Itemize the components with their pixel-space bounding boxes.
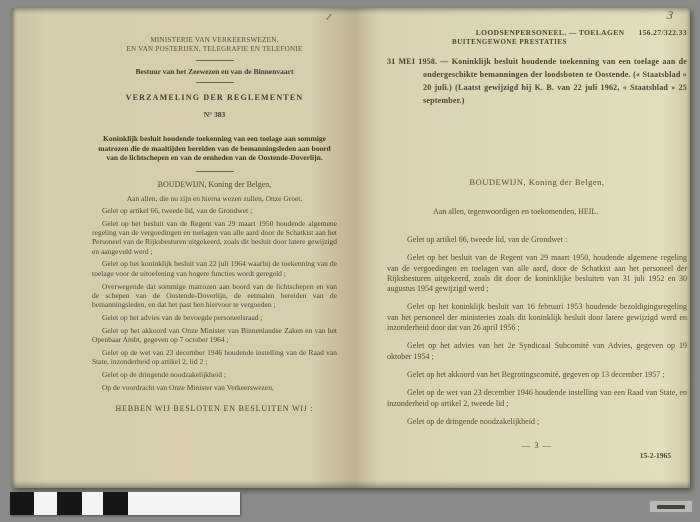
decree-paragraph: Gelet op het advies van het 2e Syndicaal… [387,341,687,362]
photo-background: 1 3 MINISTERIE VAN VERKEERSWEZEN, EN VAN… [0,0,700,522]
royal-greeting: Aan allen, die nu zijn en hierna wezen z… [92,194,337,203]
decree-paragraph: Op de voordracht van Onze Minister van V… [92,383,337,392]
decree-paragraph: Gelet op het koninklijk besluit van 16 f… [387,302,687,333]
royal-salutation: BOUDEWIJN, Koning der Belgen, [387,177,687,187]
divider-rule [196,60,234,61]
decree-paragraph: Overwegende dat sommige matrozen aan boo… [92,282,337,310]
decree-paragraph: Gelet op de dringende noodzakelijkheid ; [387,417,687,427]
decree-paragraph: Gelet op het akkoord van het Begrotingsc… [387,370,687,380]
decree-paragraph: Gelet op de dringende noodzakelijkheid ; [92,370,337,379]
decree-paragraph: Gelet op het akkoord van Onze Minister v… [92,326,337,345]
corner-label-bar [657,505,685,509]
royal-salutation: BOUDEWIJN, Koning der Belgen, [92,180,337,189]
category-subheader: BUITENGEWONE PRESTATIES [387,38,687,46]
decree-intro: 31 MEI 1958. — Koninklijk besluit houden… [387,55,687,107]
divider-rule [196,171,234,172]
ministry-header: MINISTERIE VAN VERKEERSWEZEN, EN VAN POS… [92,36,337,54]
page-number: — 3 — [387,440,687,450]
date-stamp: 15-2-1965 [387,451,687,460]
divider-rule [196,82,234,83]
administration-line: Bestuur van het Zeewezen en van de Binne… [92,67,337,76]
corner-label [649,500,693,513]
photo-scale-bar [10,492,240,515]
royal-greeting: Aan allen, tegenwoordigen en toekomenden… [387,207,687,216]
decree-paragraph: Gelet op artikel 66, tweede lid, van de … [387,235,687,245]
decree-paragraph: Gelet op het advies van de bevoegde pers… [92,313,337,322]
decree-paragraph: Gelet op artikel 66, tweede lid, van de … [92,206,337,215]
scale-segment-white [82,492,103,515]
scale-segment-black [10,492,34,515]
left-page: MINISTERIE VAN VERKEERSWEZEN, EN VAN POS… [92,36,337,413]
category-label: LOODSENPERSONEEL. — TOELAGEN [476,28,625,37]
scale-segment-black [103,492,128,515]
handwritten-mark-right: 3 [666,8,674,24]
decree-paragraph: Gelet op de wet van 23 december 1946 hou… [92,348,337,367]
ministry-line-2: EN VAN POSTERIJEN, TELEGRAFIE EN TELEFON… [92,45,337,54]
handwritten-mark-left: 1 [323,12,333,24]
collection-title: VERZAMELING DER REGLEMENTEN [92,93,337,102]
decree-paragraph: Gelet op het besluit van de Regent van 2… [387,253,687,294]
right-page: LOODSENPERSONEEL. — TOELAGEN 156.27/322.… [387,28,687,460]
document-spread: 1 3 MINISTERIE VAN VERKEERSWEZEN, EN VAN… [12,8,690,488]
decree-paragraph: Gelet op het koninklijk besluit van 22 j… [92,259,337,278]
ministry-line-1: MINISTERIE VAN VERKEERSWEZEN, [92,36,337,45]
scale-segment-black [57,492,82,515]
category-header: LOODSENPERSONEEL. — TOELAGEN 156.27/322.… [387,28,687,37]
regulation-number: N° 383 [92,110,337,119]
decree-closing: HEBBEN WIJ BESLOTEN EN BESLUITEN WIJ : [92,404,337,413]
decree-title: Koninklijk besluit houdende toekenning v… [92,134,337,163]
decree-paragraph: Gelet op het besluit van de Regent van 2… [92,219,337,256]
scale-segment-white [34,492,57,515]
reference-number: 156.27/322.33 [638,28,687,37]
scale-segment-white-long [128,492,240,515]
decree-paragraph: Gelet op de wet van 23 december 1946 hou… [387,388,687,409]
